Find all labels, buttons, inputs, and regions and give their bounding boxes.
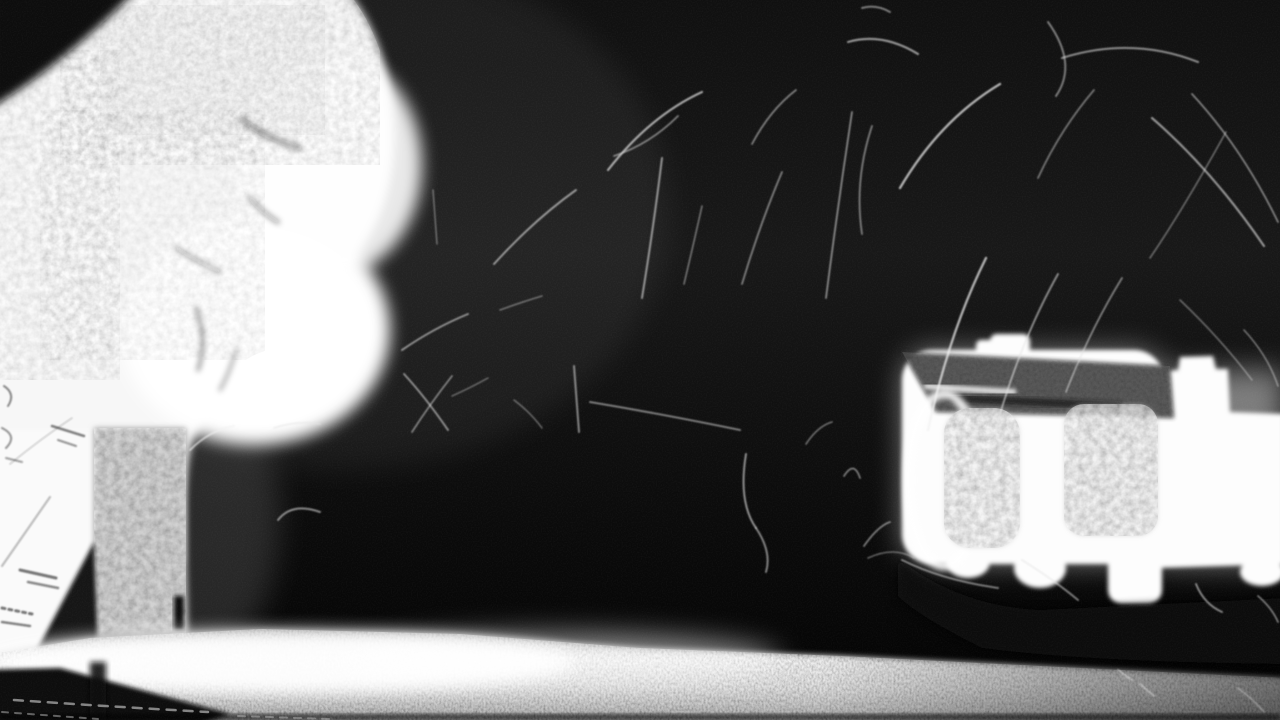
- screenshot-root: Monochrome infrared night-vision photogr…: [0, 0, 1280, 720]
- infrared-photo: Monochrome infrared night-vision photogr…: [0, 0, 1280, 720]
- photo-scene: [0, 0, 1280, 720]
- film-grain-overlay: [0, 0, 1280, 720]
